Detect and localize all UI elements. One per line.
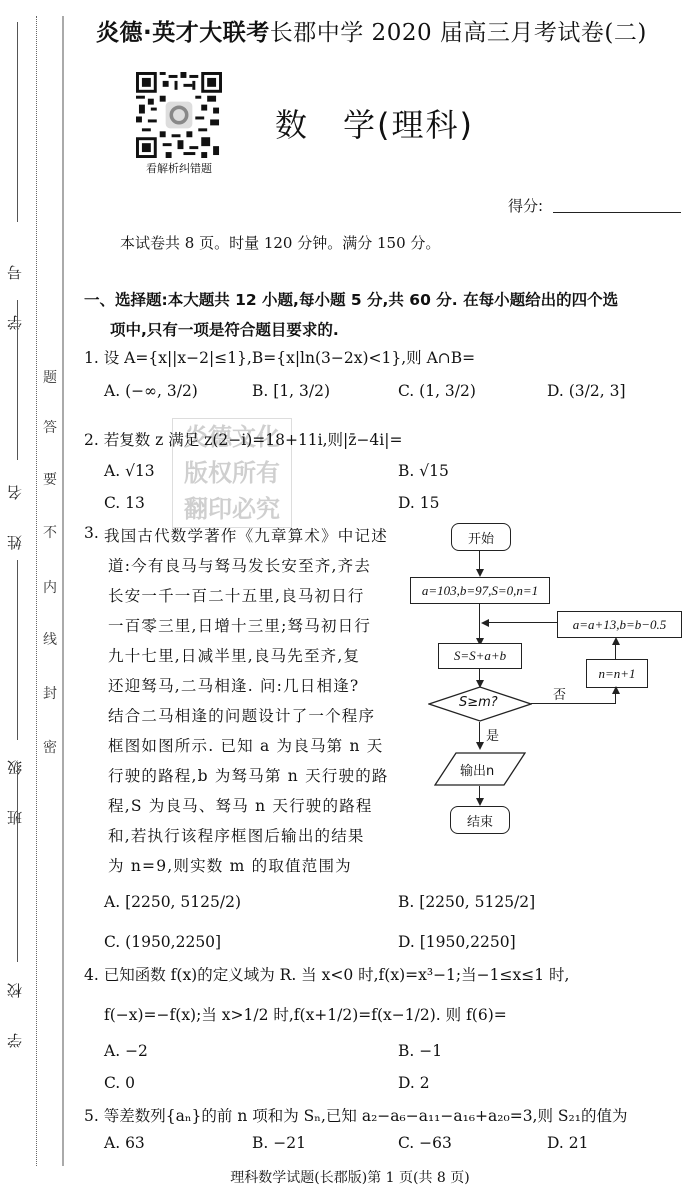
seal-char-2: 答 [42, 420, 58, 436]
question-2-stem: 若复数 z 满足 z(2−i)=18+11i,则|z̄−4i|= [104, 431, 403, 449]
q1-option-d[interactable]: D. (3/2, 3] [547, 382, 626, 400]
flowchart-no-label: 否 [553, 684, 566, 703]
q5-option-b[interactable]: B. −21 [252, 1134, 306, 1152]
flowchart-condition: S≥m? [459, 695, 498, 710]
q2-option-a[interactable]: A. √13 [104, 462, 155, 480]
q4-option-a[interactable]: A. −2 [104, 1042, 148, 1060]
field-label-student-id: 学 号 [4, 250, 24, 330]
question-1: 1. 设 A={x||x−2|≤1},B={x|ln(3−2x)<1},则 A∩… [84, 346, 475, 368]
q1-option-b[interactable]: B. [1, 3/2) [252, 382, 330, 400]
question-1-stem: 设 A={x||x−2|≤1},B={x|ln(3−2x)<1},则 A∩B= [104, 349, 475, 367]
exam-header-title: 炎德·英才大联考长郡中学 2020 届高三月考试卷(二) [96, 14, 647, 47]
qr-caption: 看解析纠错题 [136, 160, 222, 176]
q4-option-b[interactable]: B. −1 [398, 1042, 442, 1060]
exam-intro: 本试卷共 8 页。时量 120 分钟。满分 150 分。 [120, 232, 440, 253]
score-blank[interactable] [553, 212, 681, 213]
question-3-line-6: 还迎驽马,二马相逢. 问:几日相逢? [108, 674, 359, 696]
binding-dotted-line [36, 16, 37, 1166]
question-5-stem: 等差数列{aₙ}的前 n 项和为 Sₙ,已知 a₂−a₆−a₁₁−a₁₆+a₂₀… [104, 1107, 628, 1125]
school-exam-title: 长郡中学 2020 届高三月考试卷(二) [270, 20, 647, 46]
question-3-line-12: 为 n=9,则实数 m 的取值范围为 [108, 854, 352, 876]
question-3-number: 3. [84, 524, 99, 542]
seal-char-7: 封 [42, 686, 58, 702]
q5-option-a[interactable]: A. 63 [104, 1134, 145, 1152]
question-2: 2. 若复数 z 满足 z(2−i)=18+11i,则|z̄−4i|= [84, 428, 402, 450]
seal-char-4: 不 [42, 525, 58, 541]
question-3-line-11: 和,若执行该程序框图后输出的结果 [108, 824, 365, 846]
q3-option-a[interactable]: A. [2250, 5125/2) [104, 893, 241, 911]
flowchart-start: 开始 [451, 523, 511, 551]
question-3-line-1: 我国古代数学著作《九章算术》中记述 [104, 524, 388, 546]
question-4-stem-1: 已知函数 f(x)的定义域为 R. 当 x<0 时,f(x)=x³−1;当−1≤… [104, 966, 570, 984]
question-4: 4. 已知函数 f(x)的定义域为 R. 当 x<0 时,f(x)=x³−1;当… [84, 963, 569, 985]
q2-option-b[interactable]: B. √15 [398, 462, 449, 480]
flowchart-increment: n=n+1 [586, 659, 648, 688]
section-heading-cont: 项中,只有一项是符合题目要求的. [110, 318, 339, 340]
q4-option-c[interactable]: C. 0 [104, 1074, 135, 1092]
flowchart-yes-label: 是 [486, 725, 499, 744]
flowchart-update: a=a+13,b=b−0.5 [557, 611, 682, 638]
flowchart-init: a=103,b=97,S=0,n=1 [410, 577, 550, 604]
question-3-line-8: 框图如图所示. 已知 a 为良马第 n 天 [108, 734, 384, 756]
q4-option-d[interactable]: D. 2 [398, 1074, 430, 1092]
q3-option-d[interactable]: D. [1950,2250] [398, 933, 516, 951]
question-3-line-4: 一百零三里,日增十三里;驽马初日行 [108, 614, 371, 636]
question-5: 5. 等差数列{aₙ}的前 n 项和为 Sₙ,已知 a₂−a₆−a₁₁−a₁₆+… [84, 1104, 627, 1126]
question-3-line-3: 长安一千一百二十五里,良马初日行 [108, 584, 365, 606]
q1-option-a[interactable]: A. (−∞, 3/2) [104, 382, 198, 400]
question-3-line-2: 道:今有良马与驽马发长安至齐,齐去 [108, 554, 371, 576]
seal-char-1: 题 [42, 370, 58, 386]
q3-option-b[interactable]: B. [2250, 5125/2] [398, 893, 535, 911]
q2-option-c[interactable]: C. 13 [104, 494, 145, 512]
question-4-stem-2: f(−x)=−f(x);当 x>1/2 时,f(x+1/2)=f(x−1/2).… [104, 1003, 507, 1025]
score-label: 得分: [508, 195, 543, 216]
q3-option-c[interactable]: C. (1950,2250] [104, 933, 221, 951]
q5-option-c[interactable]: C. −63 [398, 1134, 452, 1152]
field-line-name [17, 300, 18, 460]
field-label-school: 学 校 [4, 968, 24, 1048]
field-label-name: 姓 名 [4, 470, 24, 550]
subject-title: 数 学(理科) [275, 100, 474, 146]
q1-option-c[interactable]: C. (1, 3/2) [398, 382, 476, 400]
q2-option-d[interactable]: D. 15 [398, 494, 439, 512]
seal-char-6: 线 [42, 632, 58, 648]
binding-solid-line [62, 16, 64, 1166]
brand-name: 炎德·英才大联考 [96, 20, 270, 46]
question-3-line-7: 结合二马相逢的问题设计了一个程序 [108, 704, 375, 726]
field-line-school [17, 762, 18, 962]
flowchart-sum: S=S+a+b [438, 643, 522, 669]
field-line-class [17, 560, 18, 740]
question-3-line-9: 行驶的路程,b 为驽马第 n 天行驶的路 [108, 764, 389, 786]
seal-char-3: 要 [42, 472, 58, 488]
field-line-student-id [17, 22, 18, 222]
field-label-class: 班 级 [4, 745, 24, 825]
flowchart-end: 结束 [450, 806, 510, 834]
seal-char-8: 密 [42, 740, 58, 756]
section-heading: 一、选择题:本大题共 12 小题,每小题 5 分,共 60 分. 在每小题给出的… [84, 288, 618, 310]
question-3-line-10: 程,S 为良马、驽马 n 天行驶的路程 [108, 794, 373, 816]
question-3-line-5: 九十七里,日减半里,良马先至齐,复 [108, 644, 360, 666]
flowchart-output: 输出n [460, 760, 494, 779]
q5-option-d[interactable]: D. 21 [547, 1134, 588, 1152]
qr-code-icon[interactable] [136, 72, 222, 158]
page-footer: 理科数学试题(长郡版)第 1 页(共 8 页) [0, 1167, 700, 1187]
seal-char-5: 内 [42, 580, 58, 596]
